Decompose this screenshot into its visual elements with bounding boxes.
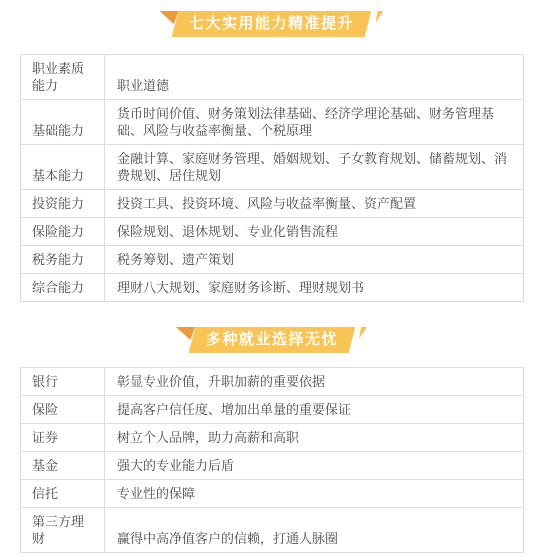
industry-name: 第三方理财 (21, 508, 105, 553)
table-row: 基本能力 金融计算、家庭财务管理、婚姻规划、子女教育规划、储蓄规划、消费规划、居… (21, 145, 524, 190)
industry-benefit: 树立个人品牌，助力高薪和高职 (105, 424, 524, 452)
banner-ribbon: 多种就业选择无忧 (189, 327, 355, 353)
abilities-banner-title: 七大实用能力精准提升 (189, 11, 354, 37)
ability-name: 投资能力 (21, 190, 105, 218)
industry-benefit: 提高客户信任度、增加出单量的重要保证 (105, 396, 524, 424)
ability-detail: 货币时间价值、财务策划法律基础、经济学理论基础、财务管理基础、风险与收益率衡量、… (105, 100, 524, 145)
table-row: 第三方理财 赢得中高净值客户的信赖，打通人脉圈 (21, 508, 524, 553)
table-row: 信托 专业性的保障 (21, 480, 524, 508)
industry-name: 信托 (21, 480, 105, 508)
table-row: 证券 树立个人品牌，助力高薪和高职 (21, 424, 524, 452)
section-employment: 多种就业选择无忧 银行 彰显专业价值，升职加薪的重要依据 保险 提高客户信任度、… (0, 302, 544, 553)
ability-detail: 税务筹划、遗产策划 (105, 246, 524, 274)
ability-name: 基本能力 (21, 145, 105, 190)
industry-name: 证券 (21, 424, 105, 452)
section-abilities: 七大实用能力精准提升 职业素质能力 职业道德 基础能力 货币时间价值、财务策划法… (0, 0, 544, 302)
employment-heading-banner: 多种就业选择无忧 (170, 327, 374, 353)
ability-detail: 保险规划、退休规划、专业化销售流程 (105, 218, 524, 246)
employment-table: 银行 彰显专业价值，升职加薪的重要依据 保险 提高客户信任度、增加出单量的重要保… (20, 367, 524, 553)
table-row: 综合能力 理财八大规划、家庭财务诊断、理财规划书 (21, 274, 524, 302)
table-row: 职业素质能力 职业道德 (21, 55, 524, 100)
table-row: 投资能力 投资工具、投资环境、风险与收益率衡量、资产配置 (21, 190, 524, 218)
table-row: 保险 提高客户信任度、增加出单量的重要保证 (21, 396, 524, 424)
table-row: 银行 彰显专业价值，升职加薪的重要依据 (21, 368, 524, 396)
abilities-heading-banner: 七大实用能力精准提升 (153, 11, 390, 37)
ability-name: 保险能力 (21, 218, 105, 246)
ability-detail: 理财八大规划、家庭财务诊断、理财规划书 (105, 274, 524, 302)
banner-ribbon: 七大实用能力精准提升 (172, 11, 371, 37)
industry-name: 保险 (21, 396, 105, 424)
table-row: 基础能力 货币时间价值、财务策划法律基础、经济学理论基础、财务管理基础、风险与收… (21, 100, 524, 145)
abilities-table: 职业素质能力 职业道德 基础能力 货币时间价值、财务策划法律基础、经济学理论基础… (20, 54, 524, 302)
banner-sliver-icon (359, 327, 367, 339)
ability-name: 职业素质能力 (21, 55, 105, 100)
industry-name: 基金 (21, 452, 105, 480)
table-row: 保险能力 保险规划、退休规划、专业化销售流程 (21, 218, 524, 246)
employment-banner-title: 多种就业选择无忧 (206, 327, 338, 353)
ability-detail: 金融计算、家庭财务管理、婚姻规划、子女教育规划、储蓄规划、消费规划、居住规划 (105, 145, 524, 190)
ability-detail: 职业道德 (105, 55, 524, 100)
ability-name: 综合能力 (21, 274, 105, 302)
industry-benefit: 专业性的保障 (105, 480, 524, 508)
table-row: 基金 强大的专业能力后盾 (21, 452, 524, 480)
ability-detail: 投资工具、投资环境、风险与收益率衡量、资产配置 (105, 190, 524, 218)
ability-name: 税务能力 (21, 246, 105, 274)
table-row: 税务能力 税务筹划、遗产策划 (21, 246, 524, 274)
ability-name: 基础能力 (21, 100, 105, 145)
industry-benefit: 赢得中高净值客户的信赖，打通人脉圈 (105, 508, 524, 553)
industry-benefit: 彰显专业价值，升职加薪的重要依据 (105, 368, 524, 396)
industry-benefit: 强大的专业能力后盾 (105, 452, 524, 480)
banner-sliver-icon (376, 11, 384, 23)
industry-name: 银行 (21, 368, 105, 396)
